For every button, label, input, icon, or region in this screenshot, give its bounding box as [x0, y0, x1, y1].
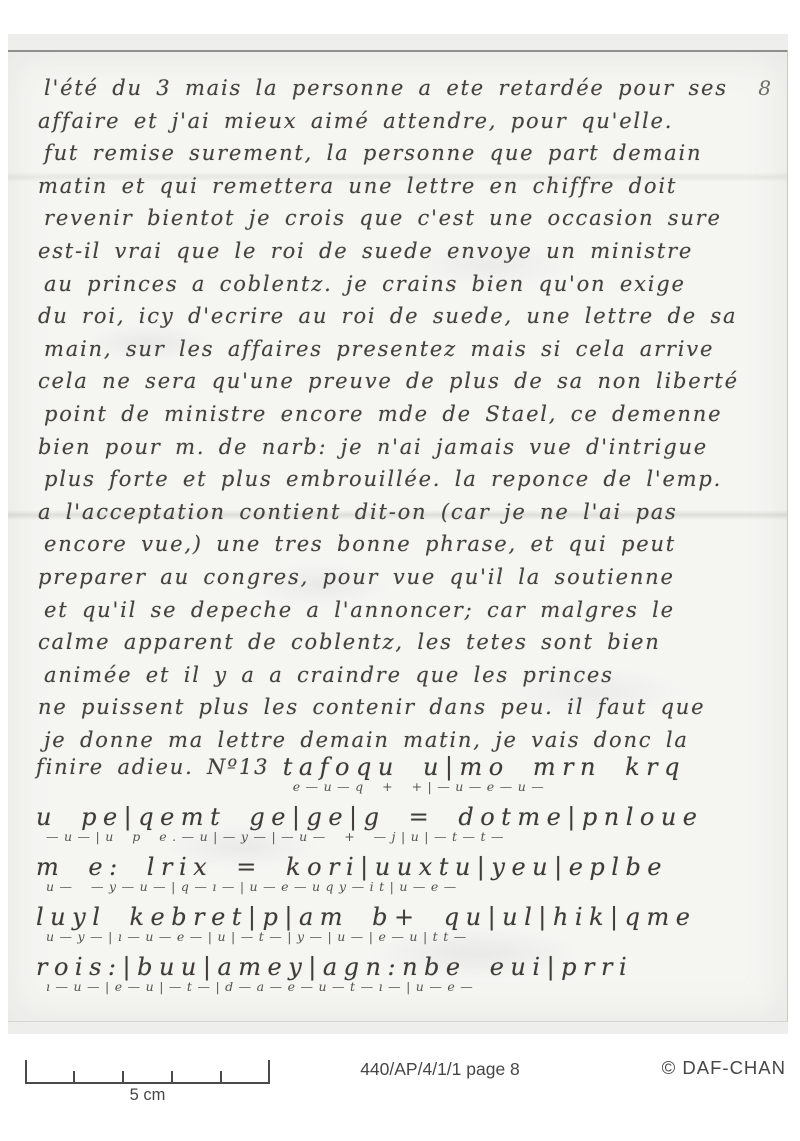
letter-line: main, sur les affaires presentez mais si…	[38, 333, 778, 366]
letter-line: l'été du 3 mais la personne a ete retard…	[38, 72, 778, 105]
letter-line: du roi, icy d'ecrire au roi de suede, un…	[38, 300, 778, 333]
cipher-row-content: tafoqu u|mo mrn krq e—u—q + +|—u—e—u—	[283, 752, 686, 798]
letter-line: matin et qui remettera une lettre en chi…	[38, 170, 778, 203]
letter-line: plus forte et plus embrouillée. la repon…	[38, 463, 778, 496]
scan-background: 8 l'été du 3 mais la personne a ete reta…	[8, 34, 788, 1034]
letter-line: cela ne sera qu'une preuve de plus de sa…	[38, 365, 778, 398]
cipher-row-content: luyl kebret|p|am b+ qu|ul|hik|qme u—y—|ı…	[36, 902, 696, 948]
cipher-text: m e: lrix = kori|uuxtu|yeu|eplbe	[36, 852, 668, 882]
letter-line: revenir bientot je crois que c'est une o…	[38, 202, 778, 235]
scale-tick	[171, 1071, 173, 1082]
letter-line: affaire et j'ai mieux aimé attendre, pou…	[38, 105, 778, 138]
cipher-row: u pe|qemt ge|ge|g = dotme|pnloue —u—|u p…	[36, 802, 781, 848]
scale-tick	[122, 1071, 124, 1082]
letter-line: ne puissent plus les contenir dans peu. …	[38, 691, 778, 724]
scale-tick	[25, 1060, 27, 1082]
letter-body: l'été du 3 mais la personne a ete retard…	[38, 72, 778, 756]
cipher-row-content: rois:|buu|amey|agn:nbe eui|prri ı—u—|e—u…	[36, 952, 633, 998]
archive-reference: 440/AP/4/1/1 page 8	[340, 1059, 540, 1080]
cipher-row-prefix: finire adieu. Nº13	[36, 752, 283, 782]
scanned-document-page: 8 l'été du 3 mais la personne a ete reta…	[0, 0, 800, 1141]
cipher-row-content: m e: lrix = kori|uuxtu|yeu|eplbe u— —y—u…	[36, 852, 668, 898]
letter-line: encore vue,) une tres bonne phrase, et q…	[38, 528, 778, 561]
cipher-row: m e: lrix = kori|uuxtu|yeu|eplbe u— —y—u…	[36, 852, 781, 898]
cipher-row: luyl kebret|p|am b+ qu|ul|hik|qme u—y—|ı…	[36, 902, 781, 948]
scale-tick	[73, 1071, 75, 1082]
cipher-text: rois:|buu|amey|agn:nbe eui|prri	[36, 952, 633, 982]
cipher-text: tafoqu u|mo mrn krq	[283, 752, 686, 782]
cipher-row: finire adieu. Nº13 tafoqu u|mo mrn krq e…	[36, 752, 781, 798]
letter-line: et qu'il se depeche a l'annoncer; car ma…	[38, 594, 778, 627]
letter-line: point de ministre encore mde de Stael, c…	[38, 398, 778, 431]
scale-bar	[25, 1062, 270, 1084]
copyright-notice: © DAF-CHAN	[662, 1057, 786, 1079]
cipher-text: u pe|qemt ge|ge|g = dotme|pnloue	[36, 802, 703, 832]
letter-line: preparer au congres, pour vue qu'il la s…	[38, 561, 778, 594]
letter-line: a l'acceptation contient dit-on (car je …	[38, 496, 778, 529]
letter-line: calme apparent de coblentz, les tetes so…	[38, 626, 778, 659]
letter-line: est-il vrai que le roi de suede envoye u…	[38, 235, 778, 268]
letter-sheet: 8 l'été du 3 mais la personne a ete reta…	[8, 50, 788, 1022]
cipher-row: rois:|buu|amey|agn:nbe eui|prri ı—u—|e—u…	[36, 952, 781, 998]
letter-line: animée et il y a a craindre que les prin…	[38, 659, 778, 692]
cipher-section: finire adieu. Nº13 tafoqu u|mo mrn krq e…	[36, 752, 781, 1002]
cipher-row-content: u pe|qemt ge|ge|g = dotme|pnloue —u—|u p…	[36, 802, 703, 848]
scale-tick	[220, 1071, 222, 1082]
letter-line: bien pour m. de narb: je n'ai jamais vue…	[38, 431, 778, 464]
scale-label: 5 cm	[25, 1086, 270, 1105]
scale-tick	[268, 1060, 270, 1082]
letter-line: au princes a coblentz. je crains bien qu…	[38, 268, 778, 301]
cipher-text: luyl kebret|p|am b+ qu|ul|hik|qme	[36, 902, 696, 932]
letter-line: fut remise surement, la personne que par…	[38, 137, 778, 170]
